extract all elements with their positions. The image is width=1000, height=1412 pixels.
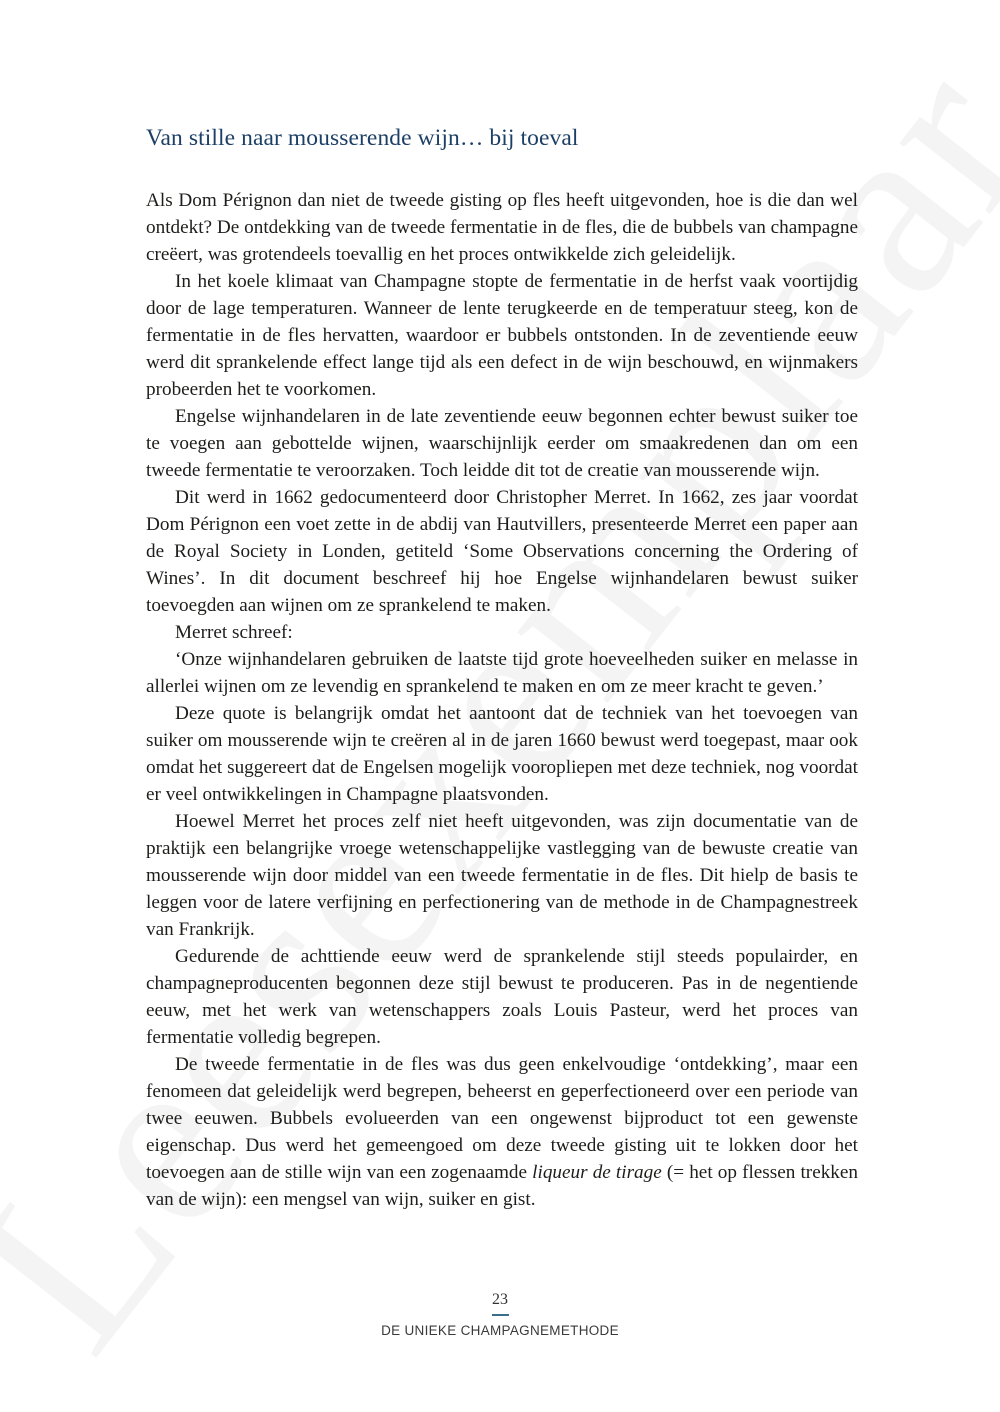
page-footer: 23 DE UNIEKE CHAMPAGNEMETHODE xyxy=(0,1290,1000,1338)
running-title: DE UNIEKE CHAMPAGNEMETHODE xyxy=(0,1323,1000,1338)
article-body: Als Dom Pérignon dan niet de tweede gist… xyxy=(146,187,858,1213)
section-heading: Van stille naar mousserende wijn… bij to… xyxy=(146,118,858,158)
paragraph-6-quote: ‘Onze wijnhandelaren gebruiken de laatst… xyxy=(146,646,858,700)
page-number: 23 xyxy=(0,1290,1000,1310)
paragraph-5-quote-intro: Merret schreef: xyxy=(146,619,858,646)
paragraph-1: Als Dom Pérignon dan niet de tweede gist… xyxy=(146,187,858,268)
paragraph-3: Engelse wijnhandelaren in de late zevent… xyxy=(146,403,858,484)
paragraph-7: Deze quote is belangrijk omdat het aanto… xyxy=(146,700,858,808)
italic-term-liqueur-de-tirage: liqueur de tirage xyxy=(532,1162,662,1183)
paragraph-9: Gedurende de achttiende eeuw werd de spr… xyxy=(146,943,858,1051)
paragraph-10: De tweede fermentatie in de fles was dus… xyxy=(146,1051,858,1213)
page-number-rule xyxy=(492,1314,509,1316)
page-content: Van stille naar mousserende wijn… bij to… xyxy=(146,118,858,1213)
paragraph-8: Hoewel Merret het proces zelf niet heeft… xyxy=(146,808,858,943)
paragraph-2: In het koele klimaat van Champagne stopt… xyxy=(146,268,858,403)
paragraph-4: Dit werd in 1662 gedocumenteerd door Chr… xyxy=(146,484,858,619)
